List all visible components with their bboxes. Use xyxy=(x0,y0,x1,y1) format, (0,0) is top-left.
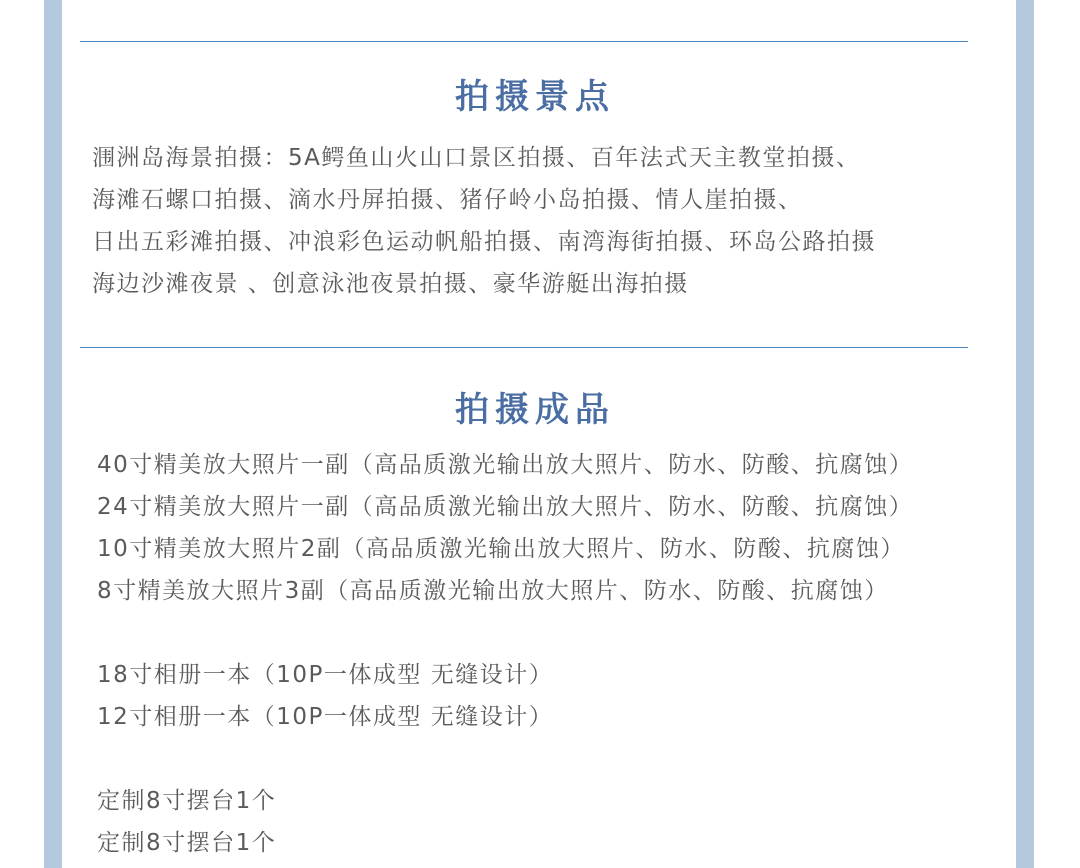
stand-item: 定制8寸摆台1个 xyxy=(97,780,913,822)
photo-item: 10寸精美放大照片2副（高品质激光输出放大照片、防水、防酸、抗腐蚀） xyxy=(97,528,913,570)
photo-item: 24寸精美放大照片一副（高品质激光输出放大照片、防水、防酸、抗腐蚀） xyxy=(97,486,913,528)
section-divider-top xyxy=(80,41,968,42)
spacer xyxy=(97,738,913,780)
spots-line: 海滩石螺口拍摄、滴水丹屏拍摄、猪仔岭小岛拍摄、情人崖拍摄、 xyxy=(92,179,876,221)
section-title-spots: 拍摄景点 xyxy=(80,77,990,117)
spacer xyxy=(97,612,913,654)
album-item: 18寸相册一本（10P一体成型 无缝设计） xyxy=(97,654,913,696)
album-item: 12寸相册一本（10P一体成型 无缝设计） xyxy=(97,696,913,738)
section-title-products: 拍摄成品 xyxy=(80,390,990,430)
left-border-bar xyxy=(44,0,62,868)
products-list: 40寸精美放大照片一副（高品质激光输出放大照片、防水、防酸、抗腐蚀） 24寸精美… xyxy=(97,444,913,864)
spots-line: 涠洲岛海景拍摄：5A鳄鱼山火山口景区拍摄、百年法式天主教堂拍摄、 xyxy=(92,137,876,179)
right-border-bar xyxy=(1016,0,1034,868)
stand-item: 定制8寸摆台1个 xyxy=(97,822,913,864)
spots-list: 涠洲岛海景拍摄：5A鳄鱼山火山口景区拍摄、百年法式天主教堂拍摄、 海滩石螺口拍摄… xyxy=(92,137,876,305)
spots-line: 日出五彩滩拍摄、冲浪彩色运动帆船拍摄、南湾海街拍摄、环岛公路拍摄 xyxy=(92,221,876,263)
photo-item: 8寸精美放大照片3副（高品质激光输出放大照片、防水、防酸、抗腐蚀） xyxy=(97,570,913,612)
spots-line: 海边沙滩夜景 、创意泳池夜景拍摄、豪华游艇出海拍摄 xyxy=(92,263,876,305)
photo-item: 40寸精美放大照片一副（高品质激光输出放大照片、防水、防酸、抗腐蚀） xyxy=(97,444,913,486)
section-divider-middle xyxy=(80,347,968,348)
